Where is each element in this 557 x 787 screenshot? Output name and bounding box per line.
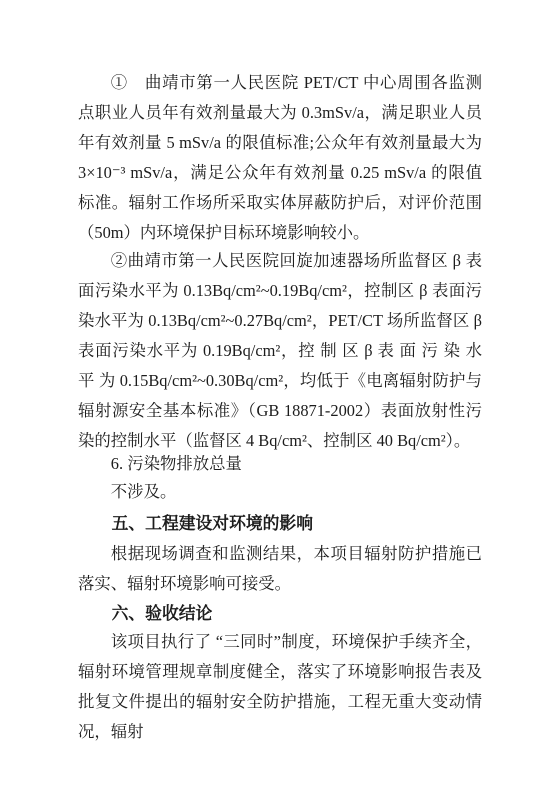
heading-section-5-environment-impact: 五、工程建设对环境的影响: [78, 509, 482, 539]
paragraph-surface-contamination-results: ②曲靖市第一人民医院回旋加速器场所监督区 β 表面污染水平为 0.13Bq/cm…: [78, 246, 482, 456]
heading-section-6-acceptance-conclusion: 六、验收结论: [78, 599, 482, 629]
paragraph-section-5-body: 根据现场调查和监测结果，本项目辐射防护措施已落实、辐射环境影响可接受。: [78, 539, 482, 599]
item-not-involved: 不涉及。: [78, 477, 482, 507]
paragraph-effective-dose-results: ① 曲靖市第一人民医院 PET/CT 中心周围各监测点职业人员年有效剂量最大为 …: [78, 68, 482, 248]
page-content: ① 曲靖市第一人民医院 PET/CT 中心周围各监测点职业人员年有效剂量最大为 …: [78, 68, 482, 747]
document-page: ① 曲靖市第一人民医院 PET/CT 中心周围各监测点职业人员年有效剂量最大为 …: [0, 0, 557, 787]
paragraph-section-6-body: 该项目执行了 “三同时”制度，环境保护手续齐全，辐射环境管理规章制度健全，落实了…: [78, 627, 482, 747]
